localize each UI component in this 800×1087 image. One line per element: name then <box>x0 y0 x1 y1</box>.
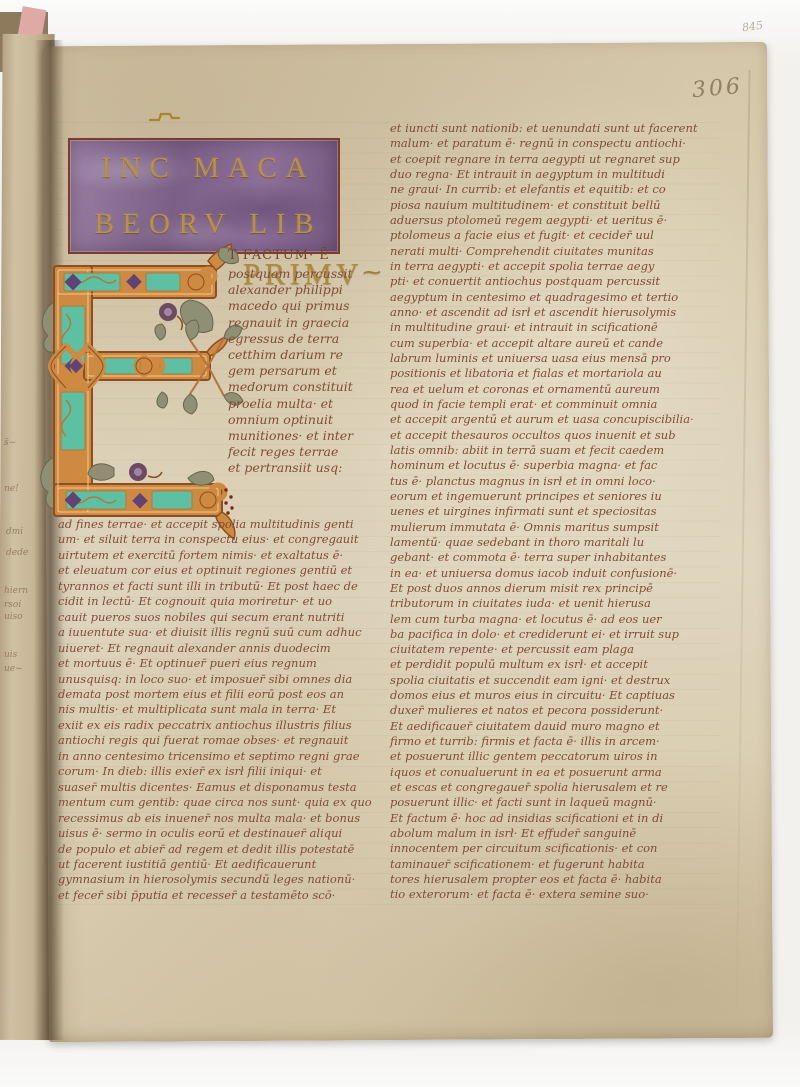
text-line: nis multis· et multiplicata sunt mala in… <box>58 702 376 717</box>
text-line: Et post duos annos dierum misit rex prin… <box>390 581 726 596</box>
text-line: macedo qui primus <box>228 298 374 314</box>
text-line: proelia multa· et <box>228 396 374 412</box>
text-line: ue~ <box>4 664 23 674</box>
text-line: gymnasium in hierosolymis secundū leges … <box>58 872 376 887</box>
text-line: antiochi regis qui fuerat romae obses· e… <box>58 733 376 748</box>
right-text-column: et iuncti sunt nationib: et uenundati su… <box>390 121 726 903</box>
banner-line-2: BEORV LIB <box>86 208 322 241</box>
text-line: uisus ē· sermo in oculis eorū et destina… <box>58 826 376 841</box>
text-line: iquos et conualuerunt in ea et posuerunt… <box>390 765 726 780</box>
folio-number: 306 <box>691 74 744 103</box>
corner-pencil-mark: 845 <box>741 19 764 35</box>
text-line: et escas et congregauer̄ spolia hierusal… <box>390 780 726 795</box>
text-line: rea et uelum et coronas et ornamentū aur… <box>390 382 726 397</box>
text-line: et accepit argentū et aurum et uasa conc… <box>390 412 726 427</box>
text-line: tio exterorum· et facta ē· extera semine… <box>390 887 726 902</box>
text-line: nerati multi· Comprehendit ciuitates mun… <box>390 244 726 259</box>
text-line: cauit pueros suos nobiles qui secum eran… <box>58 610 376 625</box>
text-line: uis <box>4 650 17 660</box>
text-line: innocentem per circuitum scificationis· … <box>390 841 726 856</box>
text-line: gem persarum et <box>228 363 374 379</box>
text-line: tributorum in ciuitates iuda· et uenit h… <box>390 596 726 611</box>
text-line: munitiones· et inter <box>228 428 374 444</box>
manuscript-scan: s̄~ne!dmidedehiernrsoiuisouisue~ 845 306… <box>0 0 800 1087</box>
text-line: mulierum immutata ē· Omnis maritus sumps… <box>390 520 726 535</box>
pen-trial-mark <box>148 110 182 124</box>
text-line: cetthim darium re <box>228 347 374 363</box>
text-line: latis omnib: abiit in terrā suam et feci… <box>390 443 726 458</box>
text-line: rsoi <box>4 600 21 610</box>
text-line: demata post mortem eius et filii eorū po… <box>58 687 376 702</box>
text-line: postquam percussit <box>228 266 374 282</box>
text-line: domos eius et muros eius in circuitu· Et… <box>390 688 726 703</box>
text-line: in multitudine graui· et intrauit in sci… <box>390 320 726 335</box>
text-line: firmo et turrib: firmis et facta ē· illi… <box>390 734 726 749</box>
text-line: lamentū· quae sedebant in thoro maritali… <box>390 535 726 550</box>
text-line: quod in facie templi erat· et comminuit … <box>390 397 726 412</box>
text-line: omnium optinuit <box>228 412 374 428</box>
text-line: tus ē· planctus magnus in isrł et in omn… <box>390 474 726 489</box>
text-line: et pertransiit usq: <box>228 460 374 476</box>
text-line: dmi <box>6 527 23 537</box>
text-line: Et factum ē· hoc ad insidias scification… <box>390 811 726 826</box>
text-line: suaser̄ multis dicentes· Eamus et dispon… <box>58 780 376 795</box>
text-line: exiit ex eis radix peccatrix antiochus i… <box>58 718 376 733</box>
acanthus-leaf-icon <box>188 471 214 485</box>
text-line: corum· In dieb: illis exier̄ ex isrł fil… <box>58 764 376 779</box>
text-line: ciuitatem repente· et percussit eam plag… <box>390 642 726 657</box>
text-line: ba pacifica in dolo· et crediderunt ei· … <box>390 627 726 642</box>
text-line: pti· et conuertit antiochus postquam per… <box>390 274 726 289</box>
text-line: tores hierusalem propter eos et facta ē·… <box>390 872 726 887</box>
text-line: aegyptum in centesimo et quadragesimo et… <box>390 290 726 305</box>
text-line: duxer̄ mulieres et natos et pecora possi… <box>390 703 726 718</box>
text-line: regnauit in graecia <box>228 315 374 331</box>
text-line: cum superbia· et accepit altare aureū et… <box>390 336 726 351</box>
text-line: uenes et uirgines infirmati sunt et spec… <box>390 504 726 519</box>
interlace-knot-icon <box>136 269 225 508</box>
title-banner: INC MACA BEORV LIB <box>68 138 340 254</box>
text-line: ut facerent iustitiā gentiū· Et aedifica… <box>58 857 376 872</box>
text-line: aduersus ptolomeū regem aegypti· et ueri… <box>390 213 726 228</box>
text-line: tyrannos et facti sunt illi in tributū· … <box>58 579 376 594</box>
text-line: taminauer̄ scificationem· et fugerunt ha… <box>390 857 726 872</box>
text-line: Et aedificauer̄ ciuitatem dauid muro mag… <box>390 719 726 734</box>
illuminated-initial-e <box>40 240 250 545</box>
text-line: lem cum turba magna· et locutus ē· ad eo… <box>390 612 726 627</box>
text-line: et perdidit populū multum ex isrł· et ac… <box>390 657 726 672</box>
text-line: spolia ciuitatis et succendit eam igni· … <box>390 673 726 688</box>
text-line: ptolomeus a facie eius et fugit· et ceci… <box>390 228 726 243</box>
text-line: unusquisq: in loco suo· et imposuer̄ sib… <box>58 672 376 687</box>
text-line: et coepit regnare in terra aegypti ut re… <box>390 152 726 167</box>
text-line: fecit reges terrae <box>228 444 374 460</box>
text-line: duo regna· Et intrauit in aegyptum in mu… <box>390 167 726 182</box>
text-line: um· et siluit terra in conspectu eius· e… <box>58 532 376 547</box>
text-line: recessimus ab eis inuener̄ nos multa mal… <box>58 811 376 826</box>
banner-line-1: INC MACA <box>93 152 316 185</box>
text-line: mentum cum gentib: quae circa nos sunt· … <box>58 795 376 810</box>
text-line: hiern <box>4 586 28 596</box>
text-line: medorum constituit <box>228 379 374 395</box>
text-line: abolum malum in isrł· Et effuder̄ sangui… <box>390 826 726 841</box>
opening-text-column: T FACTUM· Ēpostquam percussitalexander p… <box>228 246 374 477</box>
text-line: anno· et ascendit ad isrł et ascendit hi… <box>390 305 726 320</box>
text-line: s̄~ <box>4 438 16 448</box>
text-line: positionis et libatoria et fialas et mor… <box>390 366 726 381</box>
text-line: dede <box>6 548 28 558</box>
text-line: uirtutem et exercitū fortem nimis· et ex… <box>58 548 376 563</box>
text-line: labrum luminis et uniuersa uasa eius men… <box>390 351 726 366</box>
text-line: et posuerunt illic gentem peccatorum uir… <box>390 749 726 764</box>
text-line: gebant· et commota ē· terra super inhabi… <box>390 550 726 565</box>
text-line: alexander philippi <box>228 282 374 298</box>
text-line: ad fines terrae· et accepit spolia multi… <box>58 517 376 532</box>
text-line: in anno centesimo tricensimo et septimo … <box>58 749 376 764</box>
left-text-column: ad fines terrae· et accepit spolia multi… <box>58 517 376 903</box>
text-line: ne! <box>4 484 19 494</box>
text-line: et fecer̄ sibi p̄putia et recesser̄ a te… <box>58 888 376 903</box>
text-line: de populo et abier̄ ad regem et dedit il… <box>58 842 376 857</box>
text-line: posuerunt illic· et facti sunt in laqueū… <box>390 795 726 810</box>
text-line: malum· et paratum ē· regnū in conspectu … <box>390 136 726 151</box>
text-line: cidit in lectū· Et cognouit quia moriret… <box>58 594 376 609</box>
text-line: et eleuatum cor eius et optinuit regione… <box>58 563 376 578</box>
text-line: et iuncti sunt nationib: et uenundati su… <box>390 121 726 136</box>
text-line: uiueret· Et regnauit alexander annis duo… <box>58 641 376 656</box>
text-line: hominum et locutus ē· superbia magna· et… <box>390 458 726 473</box>
text-line: in terra aegypti· et accepit spolia terr… <box>390 259 726 274</box>
text-line: et mortuus ē· Et optinuer̄ pueri eius re… <box>58 656 376 671</box>
text-line: uiso <box>4 612 23 622</box>
text-line: egressus de terra <box>228 331 374 347</box>
text-line: in ea· et uniuersa domus iacob induit co… <box>390 566 726 581</box>
text-line: piosa nauium multitudinem· et constituit… <box>390 198 726 213</box>
text-line: T FACTUM· Ē <box>228 246 374 266</box>
text-line: et accepit thesauros occultos quos inuen… <box>390 428 726 443</box>
text-line: ne graui· In currib: et elefantis et equ… <box>390 182 726 197</box>
text-line: a iuuentute sua· et diuisit illis regnū … <box>58 625 376 640</box>
text-line: eorum et ingemuerunt principes et senior… <box>390 489 726 504</box>
